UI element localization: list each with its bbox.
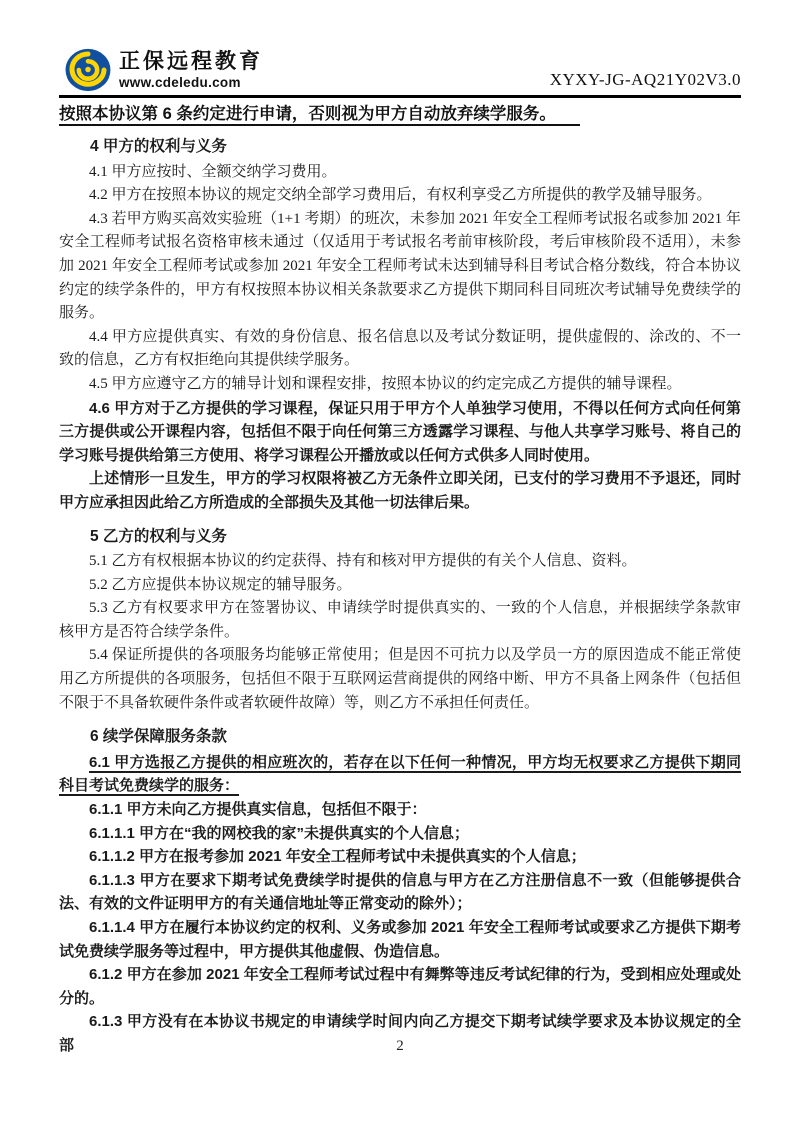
paragraph: 4.3 若甲方购买高效实验班（1+1 考期）的班次，未参加 2021 年安全工程… xyxy=(59,208,741,326)
paragraph: 4.2 甲方在按照本协议的规定交纳全部学习费用后，有权利享受乙方所提供的教学及辅… xyxy=(59,184,741,208)
brand-block: 正保远程教育 www.cdeledu.com xyxy=(65,48,263,92)
brand-logo-icon xyxy=(65,48,111,92)
section-heading: 4 甲方的权利与义务 xyxy=(59,135,741,159)
paragraph: 上述情形一旦发生，甲方的学习权限将被乙方无条件立即关闭，已支付的学习费用不予退还… xyxy=(59,467,741,514)
paragraph: 5.1 乙方有权根据本协议的约定获得、持有和核对甲方提供的有关个人信息、资料。 xyxy=(59,550,741,574)
paragraph: 4.6 甲方对于乙方提供的学习课程，保证只用于甲方个人单独学习使用，不得以任何方… xyxy=(59,397,741,468)
brand-text: 正保远程教育 www.cdeledu.com xyxy=(119,50,263,90)
document-page: 正保远程教育 www.cdeledu.com XYXY-JG-AQ21Y02V3… xyxy=(0,0,800,1127)
section-heading: 5 乙方的权利与义务 xyxy=(59,525,741,549)
paragraph: 6.1.1.3 甲方在要求下期考试免费续学时提供的信息与甲方在乙方注册信息不一致… xyxy=(59,869,741,916)
paragraph: 4.4 甲方应提供真实、有效的身份信息、报名信息以及考试分数证明，提供虚假的、涂… xyxy=(59,326,741,373)
paragraph: 6.1.1.4 甲方在履行本协议约定的权利、义务或参加 2021 年安全工程师考… xyxy=(59,916,741,963)
brand-website: www.cdeledu.com xyxy=(119,75,263,90)
paragraph: 6.1.2 甲方在参加 2021 年安全工程师考试过程中有舞弊等违反考试纪律的行… xyxy=(59,963,741,1010)
document-code: XYXY-JG-AQ21Y02V3.0 xyxy=(550,70,741,92)
paragraph: 4.1 甲方应按时、全额交纳学习费用。 xyxy=(59,161,741,185)
paragraph: 5.2 乙方应提供本协议规定的辅导服务。 xyxy=(59,574,741,598)
paragraph: 6.1.1.2 甲方在报考参加 2021 年安全工程师考试中未提供真实的个人信息… xyxy=(59,845,741,869)
section-heading: 6 续学保障服务条款 xyxy=(59,725,741,749)
paragraph: 5.4 保证所提供的各项服务均能够正常使用；但是因不可抗力以及学员一方的原因造成… xyxy=(59,644,741,715)
notice-line: 按照本协议第 6 条约定进行申请，否则视为甲方自动放弃续学服务。 xyxy=(59,103,741,125)
notice-line-text: 按照本协议第 6 条约定进行申请，否则视为甲方自动放弃续学服务。 xyxy=(59,105,580,126)
brand-name: 正保远程教育 xyxy=(119,50,263,73)
paragraph: 6.1 甲方选报乙方提供的相应班次的，若存在以下任何一种情况，甲方均无权要求乙方… xyxy=(59,751,741,798)
paragraph: 6.1.1.1 甲方在“我的网校我的家”未提供真实的个人信息； xyxy=(59,822,741,846)
document-body: 4 甲方的权利与义务4.1 甲方应按时、全额交纳学习费用。4.2 甲方在按照本协… xyxy=(59,135,741,1058)
header-divider xyxy=(59,95,741,98)
paragraph: 5.3 乙方有权要求甲方在签署协议、申请续学时提供真实的、一致的个人信息，并根据… xyxy=(59,597,741,644)
paragraph: 4.5 甲方应遵守乙方的辅导计划和课程安排，按照本协议的约定完成乙方提供的辅导课… xyxy=(59,373,741,397)
page-number: 2 xyxy=(0,1038,800,1055)
page-header: 正保远程教育 www.cdeledu.com XYXY-JG-AQ21Y02V3… xyxy=(59,48,741,92)
paragraph: 6.1.1 甲方未向乙方提供真实信息，包括但不限于： xyxy=(59,798,741,822)
